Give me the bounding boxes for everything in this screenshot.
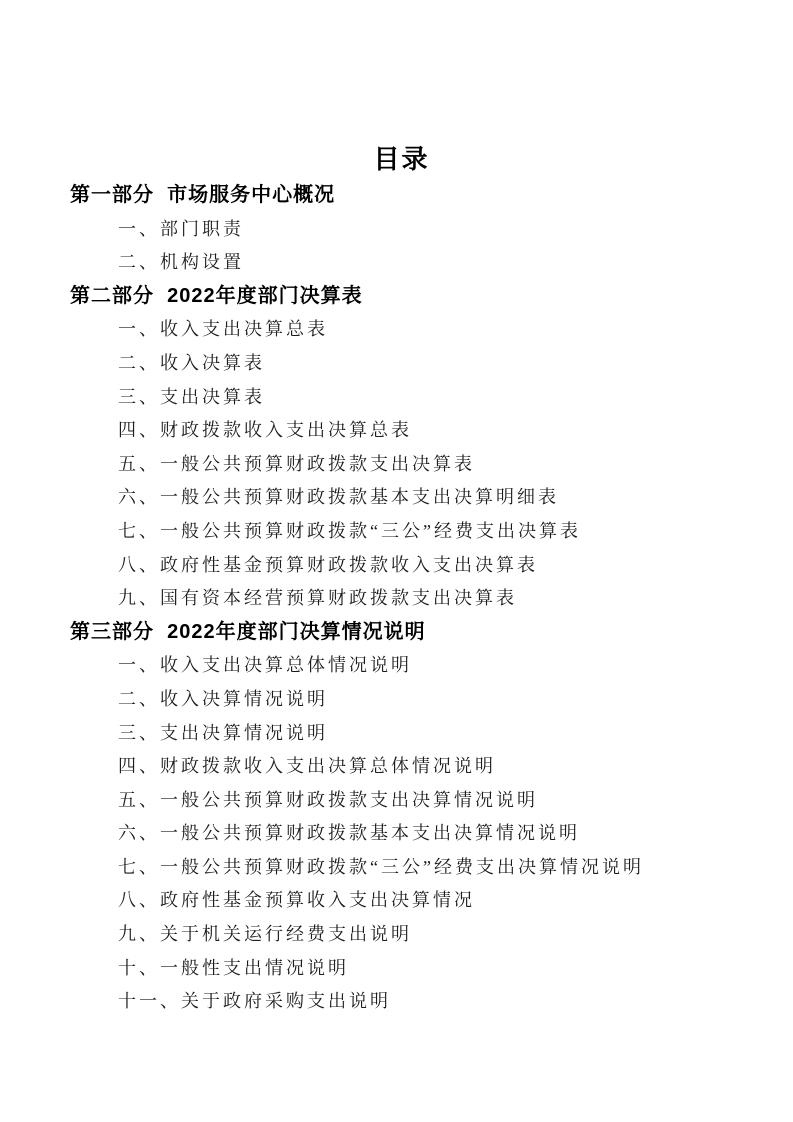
toc-item: 四、财政拨款收入支出决算总表 [70, 414, 733, 448]
toc-item: 六、一般公共预算财政拨款基本支出决算明细表 [70, 481, 733, 515]
table-of-contents: 第一部分 市场服务中心概况 一、部门职责 二、机构设置 第二部分 2022年度部… [70, 179, 733, 1019]
toc-item: 三、支出决算表 [70, 381, 733, 415]
toc-item: 八、政府性基金预算收入支出决算情况 [70, 884, 733, 918]
toc-item: 十一、关于政府采购支出说明 [70, 985, 733, 1019]
toc-section-1: 第一部分 市场服务中心概况 一、部门职责 二、机构设置 [70, 179, 733, 280]
toc-item: 六、一般公共预算财政拨款基本支出决算情况说明 [70, 817, 733, 851]
toc-section-1-heading: 第一部分 市场服务中心概况 [70, 179, 733, 213]
page-content: 目录 第一部分 市场服务中心概况 一、部门职责 二、机构设置 第二部分 2022… [0, 0, 793, 1019]
toc-item: 七、一般公共预算财政拨款“三公”经费支出决算情况说明 [70, 851, 733, 885]
toc-item: 三、支出决算情况说明 [70, 717, 733, 751]
toc-item: 五、一般公共预算财政拨款支出决算表 [70, 448, 733, 482]
toc-item: 七、一般公共预算财政拨款“三公”经费支出决算表 [70, 515, 733, 549]
toc-item: 九、国有资本经营预算财政拨款支出决算表 [70, 582, 733, 616]
toc-item: 四、财政拨款收入支出决算总体情况说明 [70, 750, 733, 784]
toc-item: 二、机构设置 [70, 246, 733, 280]
toc-item: 九、关于机关运行经费支出说明 [70, 918, 733, 952]
toc-item: 二、收入决算情况说明 [70, 683, 733, 717]
toc-item: 一、收入支出决算总表 [70, 313, 733, 347]
toc-item: 十、一般性支出情况说明 [70, 952, 733, 986]
page-title: 目录 [70, 143, 733, 175]
toc-section-2: 第二部分 2022年度部门决算表 一、收入支出决算总表 二、收入决算表 三、支出… [70, 280, 733, 616]
toc-item: 八、政府性基金预算财政拨款收入支出决算表 [70, 549, 733, 583]
toc-item: 五、一般公共预算财政拨款支出决算情况说明 [70, 784, 733, 818]
toc-item: 二、收入决算表 [70, 347, 733, 381]
toc-section-2-heading: 第二部分 2022年度部门决算表 [70, 280, 733, 314]
toc-section-3-heading: 第三部分 2022年度部门决算情况说明 [70, 616, 733, 650]
toc-section-3: 第三部分 2022年度部门决算情况说明 一、收入支出决算总体情况说明 二、收入决… [70, 616, 733, 1019]
document-page: 目录 第一部分 市场服务中心概况 一、部门职责 二、机构设置 第二部分 2022… [0, 0, 793, 1122]
toc-item: 一、部门职责 [70, 213, 733, 247]
toc-item: 一、收入支出决算总体情况说明 [70, 649, 733, 683]
